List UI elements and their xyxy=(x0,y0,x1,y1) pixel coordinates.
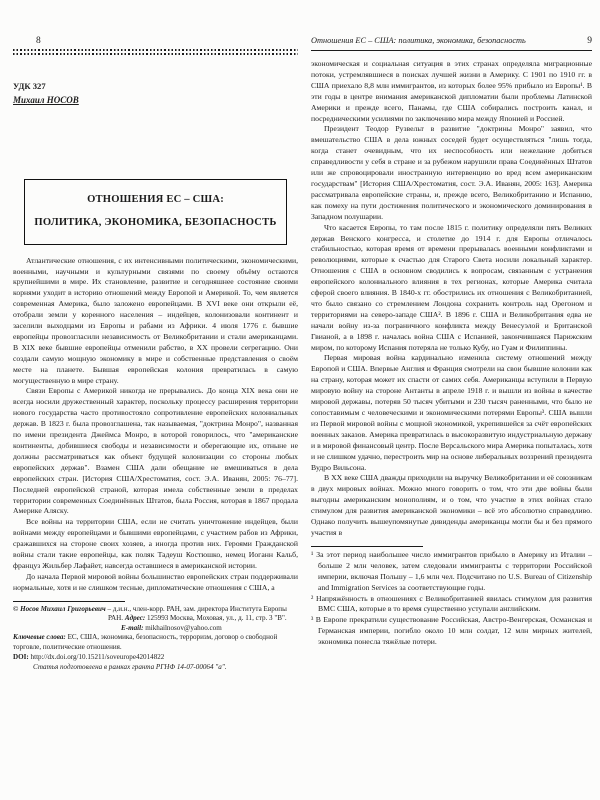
footnote: ¹ За этот период наибольшее число иммигр… xyxy=(311,550,592,594)
journal-spread: 8 УДК 327 Михаил НОСОВ ОТНОШЕНИЯ ЕС – СШ… xyxy=(0,0,600,800)
author-footer-block: © Носов Михаил Григорьевич – д.и.н., чле… xyxy=(13,605,298,673)
doi-line: DOI: http://dx.doi.org/10.15211/soveurop… xyxy=(13,653,298,663)
footer-rule xyxy=(13,601,125,602)
paragraph: Первая мировая война кардинально изменил… xyxy=(311,353,592,473)
grant-note: Статья подготовлена в рамках гранта РГНФ… xyxy=(13,663,298,673)
paragraph: Все войны на территории США, если не счи… xyxy=(13,517,298,572)
copyright-author: © Носов Михаил Григорьевич xyxy=(13,605,106,613)
email-line: E-mail: mikhailnosov@yahoo.com xyxy=(13,624,298,634)
left-running-header: 8 xyxy=(13,36,298,56)
doi-value: http://dx.doi.org/10.15211/soveurope4201… xyxy=(31,653,165,661)
footnote: ³ В Европе прекратили существование Росс… xyxy=(311,615,592,648)
header-dotted-rule xyxy=(13,49,298,55)
paragraph: Атлантические отношения, с их интенсивны… xyxy=(13,256,298,387)
footnote: ² Напряжённость в отношениях с Великобри… xyxy=(311,594,592,616)
article-title-box: ОТНОШЕНИЯ ЕС – США: ПОЛИТИКА, ЭКОНОМИКА,… xyxy=(24,179,286,245)
page-left: 8 УДК 327 Михаил НОСОВ ОТНОШЕНИЯ ЕС – СШ… xyxy=(13,36,298,673)
left-page-number: 8 xyxy=(13,36,298,47)
address-label: Адрес: xyxy=(125,614,145,622)
email-label: E-mail: xyxy=(121,624,143,632)
left-body-text: Атлантические отношения, с их интенсивны… xyxy=(13,256,298,594)
paragraph: Что касается Европы, то там после 1815 г… xyxy=(311,223,592,354)
address-value: 125993 Москва, Моховая, ул., д. 11, стр.… xyxy=(147,614,287,622)
copyright-credentials: – д.и.н., член-корр. РАН, зам. директора… xyxy=(108,605,287,613)
udc-code: УДК 327 xyxy=(13,81,298,91)
article-title-line2: ПОЛИТИКА, ЭКОНОМИКА, БЕЗОПАСНОСТЬ xyxy=(34,211,276,234)
running-title: Отношения ЕС – США: политика, экономика,… xyxy=(311,36,526,45)
address-line: РАН. Адрес: 125993 Москва, Моховая, ул.,… xyxy=(13,614,298,624)
paragraph: В ХХ веке США дважды приходили на выручк… xyxy=(311,473,592,538)
paragraph: экономическая и социальная ситуация в эт… xyxy=(311,59,592,124)
paragraph: Президент Теодор Рузвельт в развитие "до… xyxy=(311,124,592,222)
right-running-header: Отношения ЕС – США: политика, экономика,… xyxy=(311,36,592,51)
footnotes-block: ¹ За этот период наибольшее число иммигр… xyxy=(311,550,592,648)
page-right: Отношения ЕС – США: политика, экономика,… xyxy=(311,36,592,648)
right-page-number: 9 xyxy=(587,36,592,46)
doi-label: DOI: xyxy=(13,653,29,661)
right-body-text: экономическая и социальная ситуация в эт… xyxy=(311,59,592,539)
paragraph: Связи Европы с Америкой никогда не преры… xyxy=(13,386,298,517)
email-value: mikhailnosov@yahoo.com xyxy=(145,624,221,632)
article-title-line1: ОТНОШЕНИЯ ЕС – США: xyxy=(34,188,276,211)
keywords-label: Ключевые слова: xyxy=(13,633,66,641)
copyright-line: © Носов Михаил Григорьевич – д.и.н., чле… xyxy=(13,605,298,615)
keywords-line: Ключевые слова: ЕС, США, экономика, безо… xyxy=(13,633,298,652)
paragraph: До начала Первой мировой войны большинст… xyxy=(13,572,298,594)
author-name: Михаил НОСОВ xyxy=(13,95,298,105)
footnotes-rule xyxy=(311,546,423,547)
address-prefix: РАН. xyxy=(108,614,123,622)
